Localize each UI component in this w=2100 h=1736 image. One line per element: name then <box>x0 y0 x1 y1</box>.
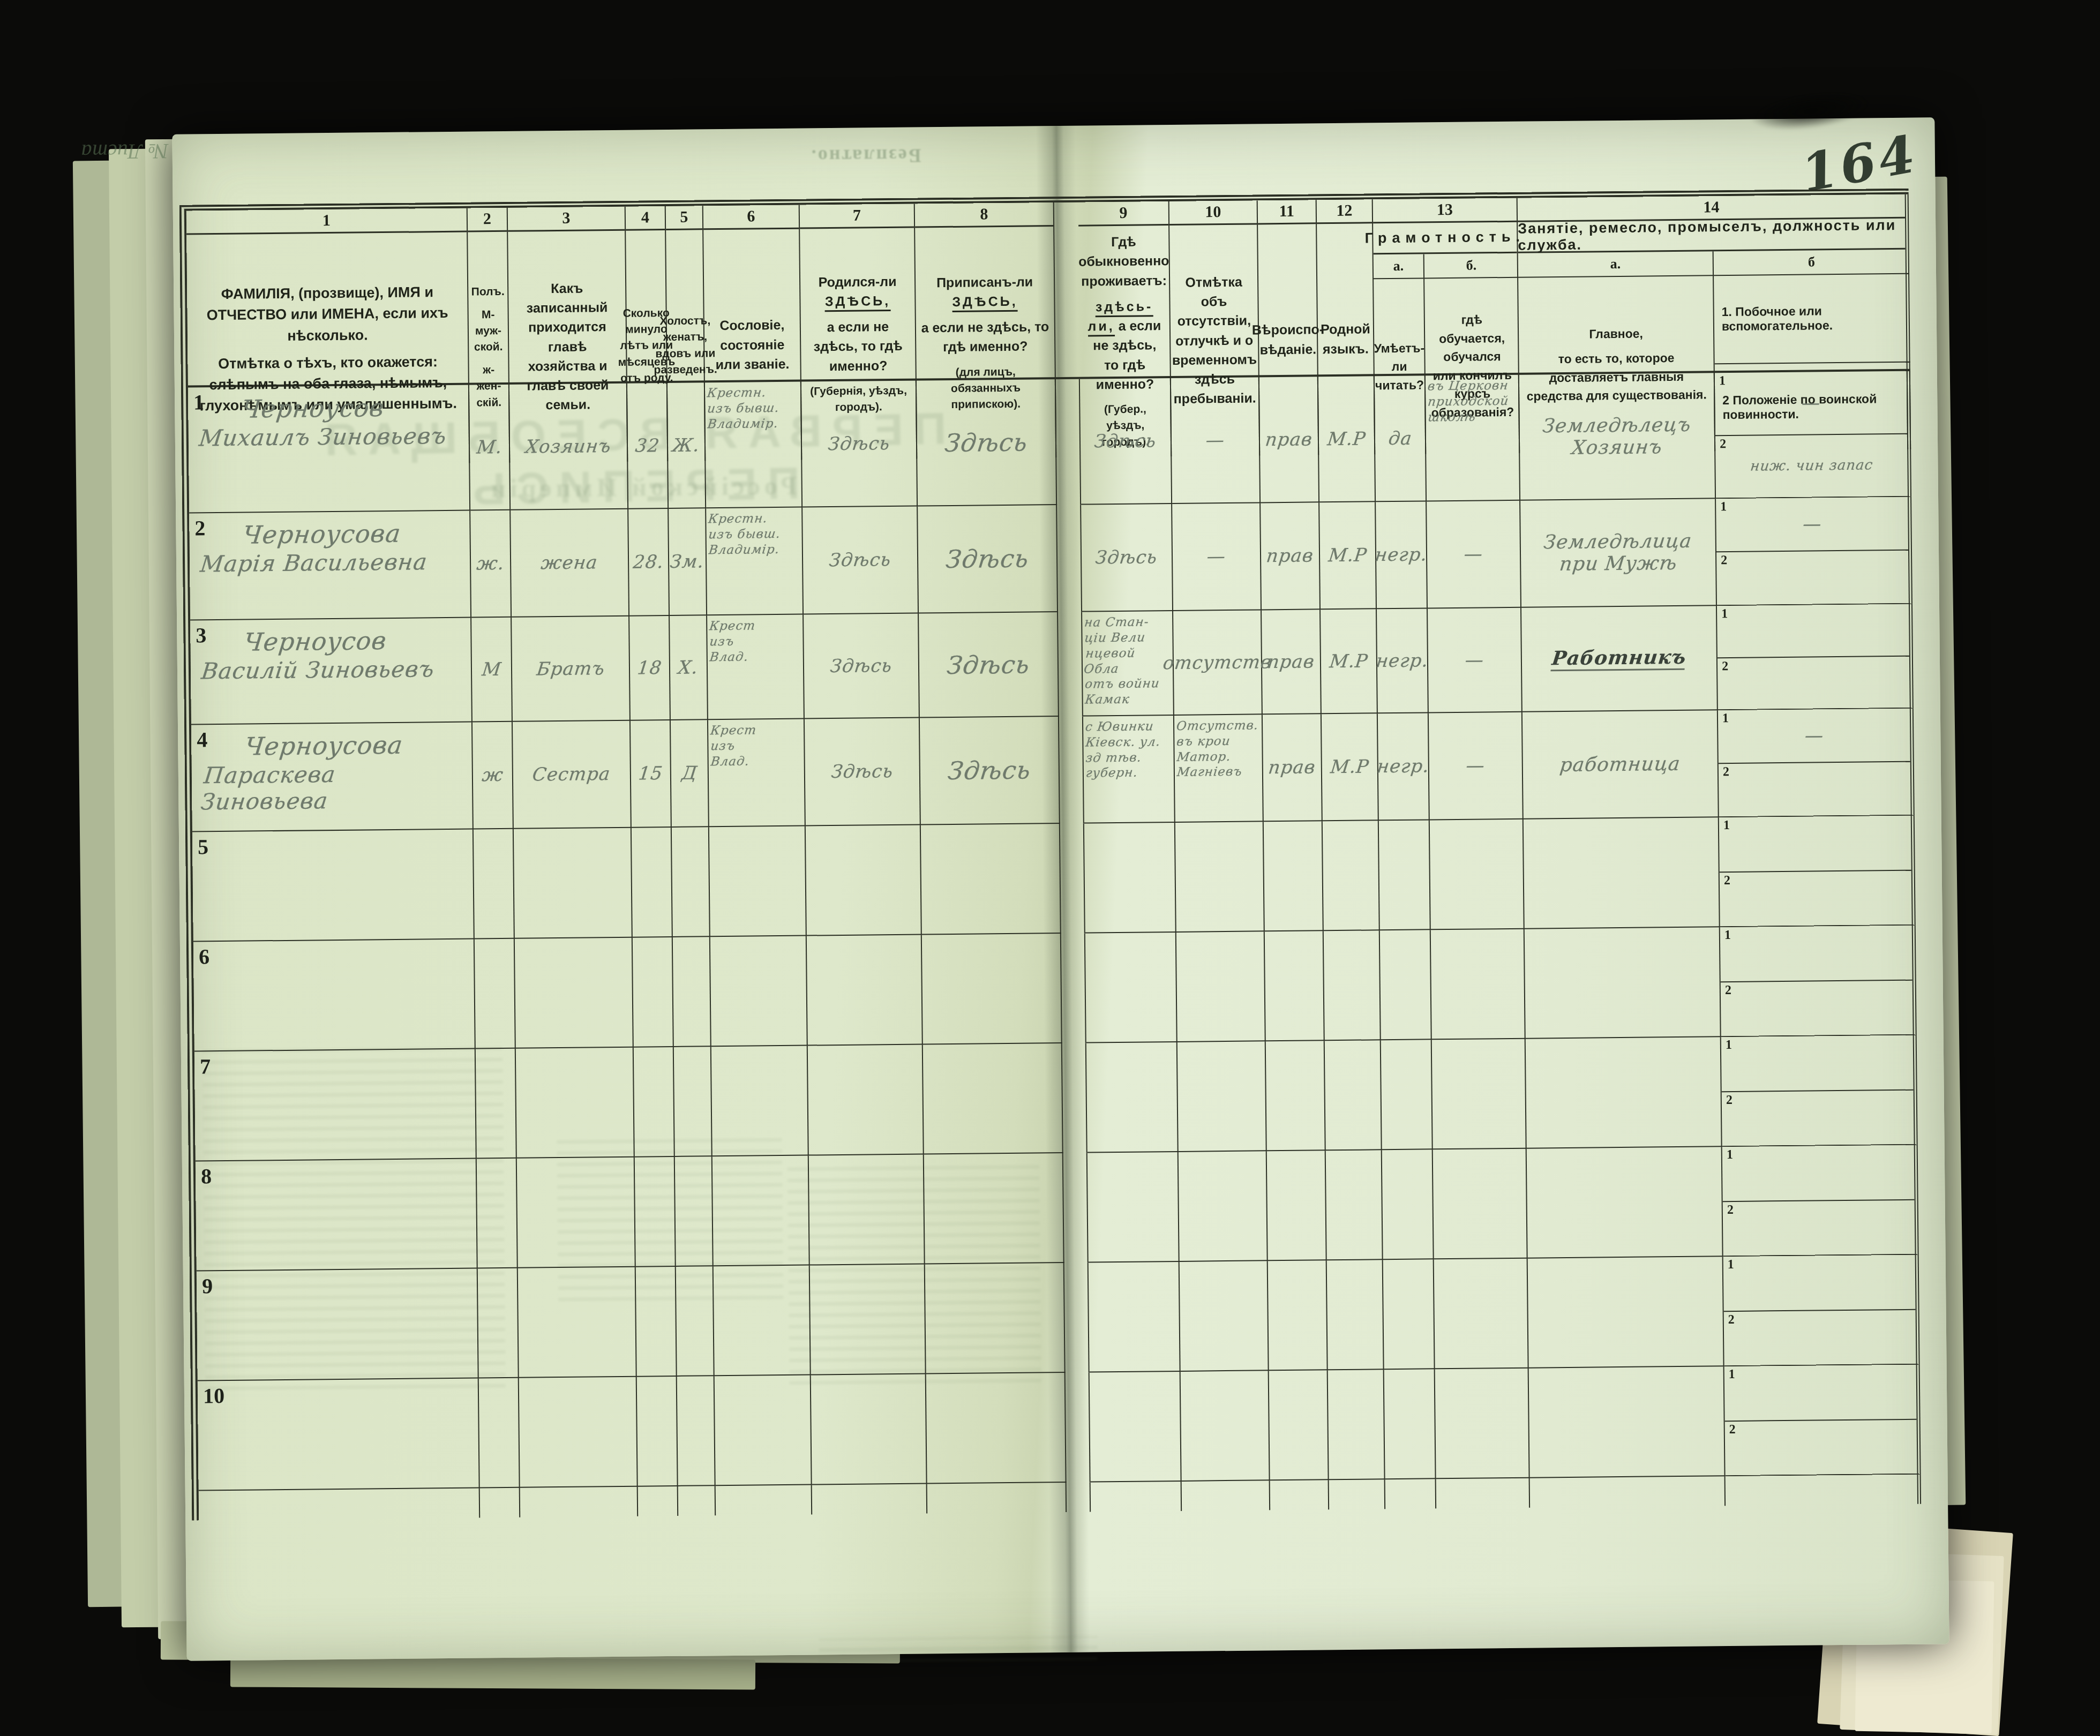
cell-sex <box>478 1268 519 1379</box>
cell-language <box>1327 1260 1384 1370</box>
column-number: 3 <box>508 207 625 232</box>
hw-line: въ Церковн <box>1427 378 1517 394</box>
cell-literate <box>1382 1149 1434 1260</box>
ink-smudge <box>1748 85 1875 137</box>
hw-surname: Черноусова <box>242 518 467 550</box>
side-sub-cell-1: 1— <box>1715 371 1907 436</box>
hw-line: на Стан- <box>1084 614 1171 630</box>
side-sub-cell-1: 1 <box>1721 1035 1914 1092</box>
hw-born: Здѣсь <box>830 761 894 783</box>
cell-born-here: Здѣсь <box>802 507 919 615</box>
cell-main-occupation: ЗемледѣлецъХозяинъ <box>1519 373 1716 500</box>
cell-main-occupation <box>1528 1257 1724 1368</box>
header-label: Приписанъ-ли <box>936 274 1033 290</box>
cell-sex <box>479 1378 520 1489</box>
cell-absence: — <box>1171 377 1261 504</box>
line-stub <box>199 1488 481 1520</box>
row-number: 1 <box>193 389 204 415</box>
hw-sex: М <box>481 658 502 680</box>
page-fold-gap <box>1061 934 1086 1043</box>
printed-marker: 2 <box>1720 437 1726 452</box>
printed-marker: 1 <box>1724 928 1731 943</box>
side-sub-cell-1: 1 <box>1719 816 1911 873</box>
hw-language: М.Р <box>1327 544 1368 566</box>
cell-absence <box>1180 1261 1269 1372</box>
hw-line: ціи Вели <box>1084 630 1171 646</box>
side-sub-cell-2: 2 <box>1716 551 1909 605</box>
cell-sex <box>477 1159 518 1269</box>
cell-registered-here <box>926 1373 1067 1484</box>
hw-marital: Зм. <box>669 551 706 573</box>
line-stub <box>1436 1478 1531 1509</box>
cell-name: 7 <box>194 1049 477 1161</box>
cell-relation <box>515 938 634 1049</box>
line-stub <box>812 1484 928 1514</box>
cell-sex: ж <box>472 722 514 830</box>
header-group-label: Грамотность. <box>1373 222 1517 255</box>
cell-marital <box>675 1156 714 1267</box>
hw-line: работница <box>1559 753 1682 776</box>
hw-faith: прав <box>1267 756 1317 778</box>
cell-registered-here <box>925 1263 1066 1374</box>
page-fold-gap <box>1059 717 1084 824</box>
cell-born-here: Здѣсь <box>805 718 921 826</box>
cell-marital <box>672 827 710 937</box>
cell-born-here: Здѣсь <box>804 614 920 719</box>
column-number: 8 <box>915 202 1053 228</box>
side-sub-cell-1: 1 <box>1724 1365 1917 1422</box>
hw-line: изъ бывш. <box>707 400 799 416</box>
cell-language: М.Р <box>1322 713 1379 821</box>
table-row: 2ЧерноусоваМарія Васильевнаж.жена28.Зм.К… <box>189 497 1912 621</box>
printed-marker: 1 <box>1726 1038 1732 1053</box>
hw-military-note: ниж. чин запас <box>1749 457 1873 475</box>
cell-age <box>635 1157 676 1267</box>
cell-absence: Отсутств.въ кроиМатор.Магніевъ <box>1174 715 1264 823</box>
header-label: Вѣроиспо-вѣданіе. <box>1252 320 1324 360</box>
row-number: 6 <box>199 944 209 969</box>
column-number: 13 <box>1373 198 1517 224</box>
cell-main-occupation <box>1527 1147 1723 1258</box>
cell-literate: да <box>1375 375 1427 502</box>
cell-estate: Крестн.изъ бывш.Владимір. <box>706 508 804 616</box>
row-number: 8 <box>201 1163 212 1189</box>
cell-age <box>637 1377 678 1487</box>
cell-registered-here <box>924 1153 1064 1264</box>
cell-faith: прав <box>1261 502 1321 610</box>
page-fold-gap <box>1064 1263 1090 1373</box>
cell-side-occupation: 12 <box>1720 926 1917 1037</box>
cell-residence: с ЮвинкиКіевск. ул.зд тѣв.губерн. <box>1083 716 1175 824</box>
cell-language: М.Р <box>1321 609 1378 714</box>
subcolumn-letter: а. <box>1374 254 1423 279</box>
header-label: ФАМИЛІЯ, (прозвище), ИМЯ и ОТЧЕСТВО или … <box>191 282 463 347</box>
cell-faith <box>1268 1260 1328 1371</box>
hw-registered: Здѣсь <box>943 427 1029 457</box>
cell-education <box>1430 820 1525 930</box>
cell-main-occupation <box>1525 927 1721 1039</box>
cell-literate <box>1384 1369 1436 1479</box>
side-sub-cell-1: 1— <box>1718 709 1910 764</box>
line-stub <box>1270 1480 1330 1510</box>
cell-side-occupation: 12 <box>1717 604 1914 710</box>
header-label: Родился-ли <box>819 274 897 289</box>
hw-marital: Х. <box>677 657 700 678</box>
cell-name: 6 <box>193 940 476 1052</box>
cell-sex <box>474 829 515 940</box>
cell-main-occupation: работница <box>1522 710 1719 819</box>
cell-main-occupation <box>1524 817 1720 929</box>
cell-marital <box>677 1376 716 1486</box>
hw-line: школѣ <box>1427 409 1517 425</box>
hw-sex: М. <box>475 436 503 458</box>
hw-line: отсутств <box>1162 651 1273 674</box>
cell-faith <box>1269 1370 1329 1481</box>
side-sub-cell-1: 1 <box>1723 1255 1916 1312</box>
hw-registered: Здѣсь <box>946 650 1031 680</box>
cell-registered-here: Здѣсь <box>917 379 1057 506</box>
line-stub <box>678 1486 716 1516</box>
cell-name: 2ЧерноусоваМарія Васильевна <box>189 511 471 621</box>
cell-age: 18 <box>629 616 671 721</box>
cell-education <box>1435 1369 1530 1479</box>
page-fold-gap <box>1056 379 1081 505</box>
cell-side-occupation: 1—2 <box>1716 497 1912 606</box>
cell-language <box>1328 1370 1385 1480</box>
side-sub-cell-1: 1 <box>1717 604 1909 658</box>
column-number: 1 <box>186 208 467 235</box>
cell-education: — <box>1428 608 1522 713</box>
row-number: 7 <box>200 1054 211 1079</box>
hw-line: губерн. <box>1085 765 1172 781</box>
cell-literate <box>1383 1259 1435 1370</box>
hw-line: — <box>1463 543 1484 565</box>
line-stub <box>1182 1481 1271 1511</box>
header-label: Полъ. <box>471 284 505 300</box>
hw-sex: ж. <box>476 553 506 575</box>
printed-marker: 1 <box>1727 1148 1733 1162</box>
line-stub <box>1726 1475 1922 1506</box>
line-stub <box>1385 1479 1437 1509</box>
printed-marker: 1 <box>1719 374 1726 388</box>
sheet-edge-bottom-2 <box>230 1657 755 1689</box>
cell-absence <box>1181 1371 1270 1482</box>
hw-marital: Д <box>680 762 698 784</box>
cell-education <box>1431 929 1526 1040</box>
cell-relation <box>518 1267 637 1378</box>
printed-marker: 1 <box>1729 1367 1735 1382</box>
hw-line: Крестн. <box>706 385 799 401</box>
hw-born: Здѣсь <box>828 549 892 571</box>
cell-side-occupation: 12 <box>1723 1255 1920 1366</box>
side-sub-cell-2: 2 <box>1723 1200 1915 1256</box>
cell-residence <box>1086 1042 1179 1153</box>
cell-residence: Здѣсь <box>1080 378 1172 505</box>
cell-estate <box>711 1046 809 1157</box>
hw-line: — <box>1464 649 1486 671</box>
cell-born-here <box>807 935 923 1046</box>
header-label-underlined: ЗДѢСЬ, <box>825 294 890 312</box>
cell-estate: КрестизъВлад. <box>707 615 805 720</box>
cell-literate <box>1381 1040 1433 1150</box>
hw-line: Здѣсь <box>1094 546 1159 568</box>
hw-faith: прав <box>1265 545 1315 567</box>
printed-marker: 2 <box>1726 1093 1732 1107</box>
hw-line: при Мужѣ <box>1558 552 1678 575</box>
printed-marker: 2 <box>1723 765 1729 779</box>
hw-line: Земледѣлица <box>1543 530 1693 554</box>
cell-born-here <box>810 1264 926 1375</box>
hw-line: Здѣсь <box>1093 430 1158 452</box>
row-number: 9 <box>202 1273 213 1298</box>
hw-marital: Ж. <box>671 434 701 456</box>
hw-line: изъ <box>709 633 801 649</box>
hw-line: Отсутств. <box>1175 718 1260 734</box>
printed-marker: 2 <box>1729 1422 1736 1437</box>
hw-literate: негр. <box>1376 755 1430 777</box>
cell-literate: негр. <box>1376 501 1428 609</box>
cell-relation <box>516 1048 635 1159</box>
header-group-label: Занятіе, ремесло, промыселъ, должность и… <box>1518 219 1906 253</box>
hw-line: въ крои <box>1176 733 1261 749</box>
cell-sex <box>475 939 516 1049</box>
row-number: 5 <box>198 834 208 859</box>
cell-residence: Здѣсь <box>1081 504 1173 612</box>
cell-born-here <box>809 1154 925 1265</box>
hw-given-name: Марія Васильевна <box>199 548 467 577</box>
column-number: 10 <box>1169 200 1257 226</box>
cell-language: М.Р <box>1319 502 1377 610</box>
cell-age <box>634 1047 675 1158</box>
line-stub <box>520 1487 639 1517</box>
hw-relation: Братъ <box>535 658 605 680</box>
page-fold-gap <box>1067 1483 1091 1512</box>
cell-side-occupation: 12 <box>1721 1035 1918 1147</box>
cell-relation <box>517 1158 636 1268</box>
cell-main-occupation <box>1529 1366 1726 1478</box>
cell-main-occupation <box>1526 1037 1722 1148</box>
cell-relation: Хозяинъ <box>509 384 628 510</box>
hw-line: Влад. <box>709 649 801 665</box>
line-stub <box>716 1485 813 1516</box>
hw-literate: да <box>1387 427 1413 449</box>
header-label: М-муж-ской. <box>473 307 504 356</box>
line-stub <box>1091 1482 1182 1512</box>
column-number: 7 <box>800 204 914 229</box>
cell-marital: Х. <box>670 615 708 720</box>
census-table: 1 ФАМИЛІЯ, (прозвище), ИМЯ и ОТЧЕСТВО ил… <box>179 189 1921 1521</box>
cell-absence: — <box>1172 503 1262 611</box>
cell-marital: Д <box>671 720 709 828</box>
cell-registered-here <box>922 934 1062 1044</box>
printed-marker: 1 <box>1721 607 1728 621</box>
page-fold-gap <box>1063 1153 1089 1263</box>
cell-name: 3ЧерноусовВасилій Зиновьевъ <box>190 618 472 725</box>
cell-estate <box>710 936 808 1047</box>
hw-side-occupation: — <box>1802 513 1823 535</box>
cell-age: 15 <box>631 720 672 828</box>
column-number: 4 <box>626 206 665 231</box>
hw-registered: Здѣсь <box>944 544 1030 574</box>
cell-literate: негр. <box>1378 713 1430 821</box>
hw-line: Хозяинъ <box>1571 436 1663 459</box>
row-number: 2 <box>194 515 205 540</box>
table-row: 3ЧерноусовВасилій ЗиновьевъМБратъ18Х.Кре… <box>190 604 1914 725</box>
cell-sex: М. <box>469 385 511 511</box>
printed-marker: 2 <box>1722 659 1728 674</box>
cell-sex: М <box>471 618 513 723</box>
table-row: 812 <box>196 1145 1919 1272</box>
hw-sex: ж <box>481 764 504 786</box>
subcolumn-letter: б. <box>1424 253 1518 279</box>
hw-literate: негр. <box>1375 650 1430 672</box>
hw-surname: Черноусов <box>240 393 466 424</box>
side-sub-cell-2: 2 <box>1722 1090 1914 1146</box>
side-sub-cell-2: 2 <box>1720 870 1912 926</box>
cell-estate <box>714 1266 811 1377</box>
cell-faith <box>1266 1041 1326 1151</box>
page-fold-gap <box>1066 1373 1091 1483</box>
hw-born: Здѣсь <box>827 432 891 454</box>
cell-language <box>1325 1040 1382 1151</box>
cell-absence <box>1175 822 1265 933</box>
hw-line: — <box>1205 430 1226 451</box>
hw-relation: жена <box>540 552 599 574</box>
table-row: 712 <box>194 1035 1918 1162</box>
table-row: 512 <box>192 816 1916 942</box>
hw-line: Владимір. <box>708 542 800 558</box>
row-number: 4 <box>197 727 207 752</box>
header-label: Гдѣ обыкновенно проживаетъ: <box>1078 232 1169 291</box>
cell-name: 9 <box>197 1268 479 1381</box>
cell-relation <box>514 828 633 939</box>
cell-faith: прав <box>1259 377 1319 503</box>
cell-name: 5 <box>192 830 475 942</box>
cell-education: въ Церковнприходскойшколѣ <box>1426 375 1520 502</box>
printed-marker: 2 <box>1727 1203 1734 1217</box>
cell-residence <box>1087 1152 1180 1263</box>
hw-born: Здѣсь <box>829 655 894 677</box>
hw-line: Работникъ <box>1551 646 1688 671</box>
hw-line: изъ бывш. <box>708 526 800 542</box>
cell-education: — <box>1427 501 1521 609</box>
page-fold-gap <box>1058 612 1083 717</box>
table-row: 1012 <box>198 1365 1921 1491</box>
cell-age <box>633 937 674 1048</box>
column-number: 11 <box>1258 200 1316 224</box>
cell-absence <box>1177 1041 1267 1152</box>
cell-language: М.Р <box>1318 376 1376 502</box>
hw-line: Влад. <box>710 753 802 769</box>
column-number: 5 <box>666 206 702 230</box>
cell-residence <box>1084 823 1176 934</box>
cell-faith <box>1265 931 1325 1041</box>
printed-marker: 1 <box>1722 711 1729 726</box>
cell-main-occupation: Земледѣлицапри Мужѣ <box>1520 499 1717 607</box>
line-stub <box>927 1483 1067 1513</box>
hw-faith: прав <box>1266 651 1316 673</box>
hw-age: 28. <box>632 551 665 573</box>
column-number: 9 <box>1078 201 1168 227</box>
line-stub <box>1530 1476 1726 1508</box>
cell-language <box>1324 930 1381 1041</box>
column-number: 12 <box>1317 199 1372 224</box>
ghost-free-of-charge-label: Безплатно. <box>810 144 921 168</box>
printed-marker: 1 <box>1720 500 1727 514</box>
line-stub <box>638 1486 679 1516</box>
printed-marker: 2 <box>1725 983 1731 997</box>
row-number: 3 <box>196 622 206 648</box>
cell-side-occupation: 12 <box>1719 816 1916 927</box>
cell-relation <box>519 1377 638 1488</box>
cell-estate: КрестизъВлад. <box>708 719 806 828</box>
cell-education <box>1433 1149 1528 1260</box>
cell-age <box>636 1267 677 1377</box>
cell-sex <box>476 1049 517 1159</box>
cell-language <box>1326 1150 1383 1260</box>
cell-age <box>632 828 673 938</box>
cell-estate <box>709 826 807 937</box>
page-fold-gap <box>1060 824 1085 934</box>
cell-estate: Крестн.изъ бывш.Владимір. <box>705 382 802 509</box>
subcolumn-letter: а. <box>1518 251 1713 277</box>
cell-side-occupation: 1—2 <box>1718 709 1915 817</box>
hw-faith: прав <box>1264 429 1314 450</box>
hw-side-occupation: — <box>1804 725 1825 746</box>
cell-relation: жена <box>511 509 629 618</box>
cell-residence: на Стан-ціи Велинцевой Облаотъ войниКама… <box>1082 611 1174 717</box>
cell-name: 4ЧерноусоваПараскева Зиновьева <box>191 723 474 832</box>
cell-faith <box>1264 821 1324 931</box>
side-sub-cell-1: 1 <box>1720 926 1912 982</box>
hw-language: М.Р <box>1328 650 1369 672</box>
header-label-underlined: ЗДѢСЬ, <box>952 294 1017 312</box>
table-row: 4ЧерноусоваПараскева ЗиновьеважСестра15Д… <box>191 709 1915 832</box>
side-sub-cell-2: 2 <box>1717 656 1910 709</box>
cell-literate <box>1379 820 1431 930</box>
printed-marker: 2 <box>1728 1312 1735 1327</box>
hw-literate: негр. <box>1374 544 1429 566</box>
cell-born-here <box>808 1044 924 1155</box>
cell-relation: Братъ <box>512 617 631 722</box>
cell-education <box>1432 1039 1527 1150</box>
cell-faith: прав <box>1262 610 1322 715</box>
hw-line: — <box>1206 546 1227 567</box>
column-number: 6 <box>703 205 799 230</box>
cell-residence <box>1089 1262 1181 1373</box>
cell-registered-here <box>923 1043 1063 1154</box>
cell-estate <box>712 1156 810 1267</box>
header-label: Родной языкъ. <box>1321 320 1370 359</box>
cell-marital <box>676 1266 715 1377</box>
cell-registered-here: Здѣсь <box>920 717 1060 825</box>
cell-residence <box>1090 1372 1182 1483</box>
cell-age: 32 <box>627 383 669 509</box>
hw-given-name: Михаилъ Зиновьевъ <box>198 423 466 452</box>
cell-registered-here: Здѣсь <box>918 505 1058 613</box>
cell-side-occupation: 1—2ниж. чин запас <box>1715 371 1911 499</box>
page-fold-gap <box>1057 505 1082 612</box>
hw-line: Кіевск. ул. <box>1085 734 1172 750</box>
cell-name: 8 <box>196 1159 478 1271</box>
hw-line: Магніевъ <box>1176 764 1261 780</box>
printed-marker: 2 <box>1724 874 1730 888</box>
hw-surname: Черноусова <box>243 730 469 761</box>
cell-main-occupation: Работникъ <box>1521 606 1718 712</box>
cell-name: 10 <box>198 1378 480 1491</box>
cell-marital <box>674 1047 712 1157</box>
hw-given-name: Василій Зиновьевъ <box>200 656 468 685</box>
